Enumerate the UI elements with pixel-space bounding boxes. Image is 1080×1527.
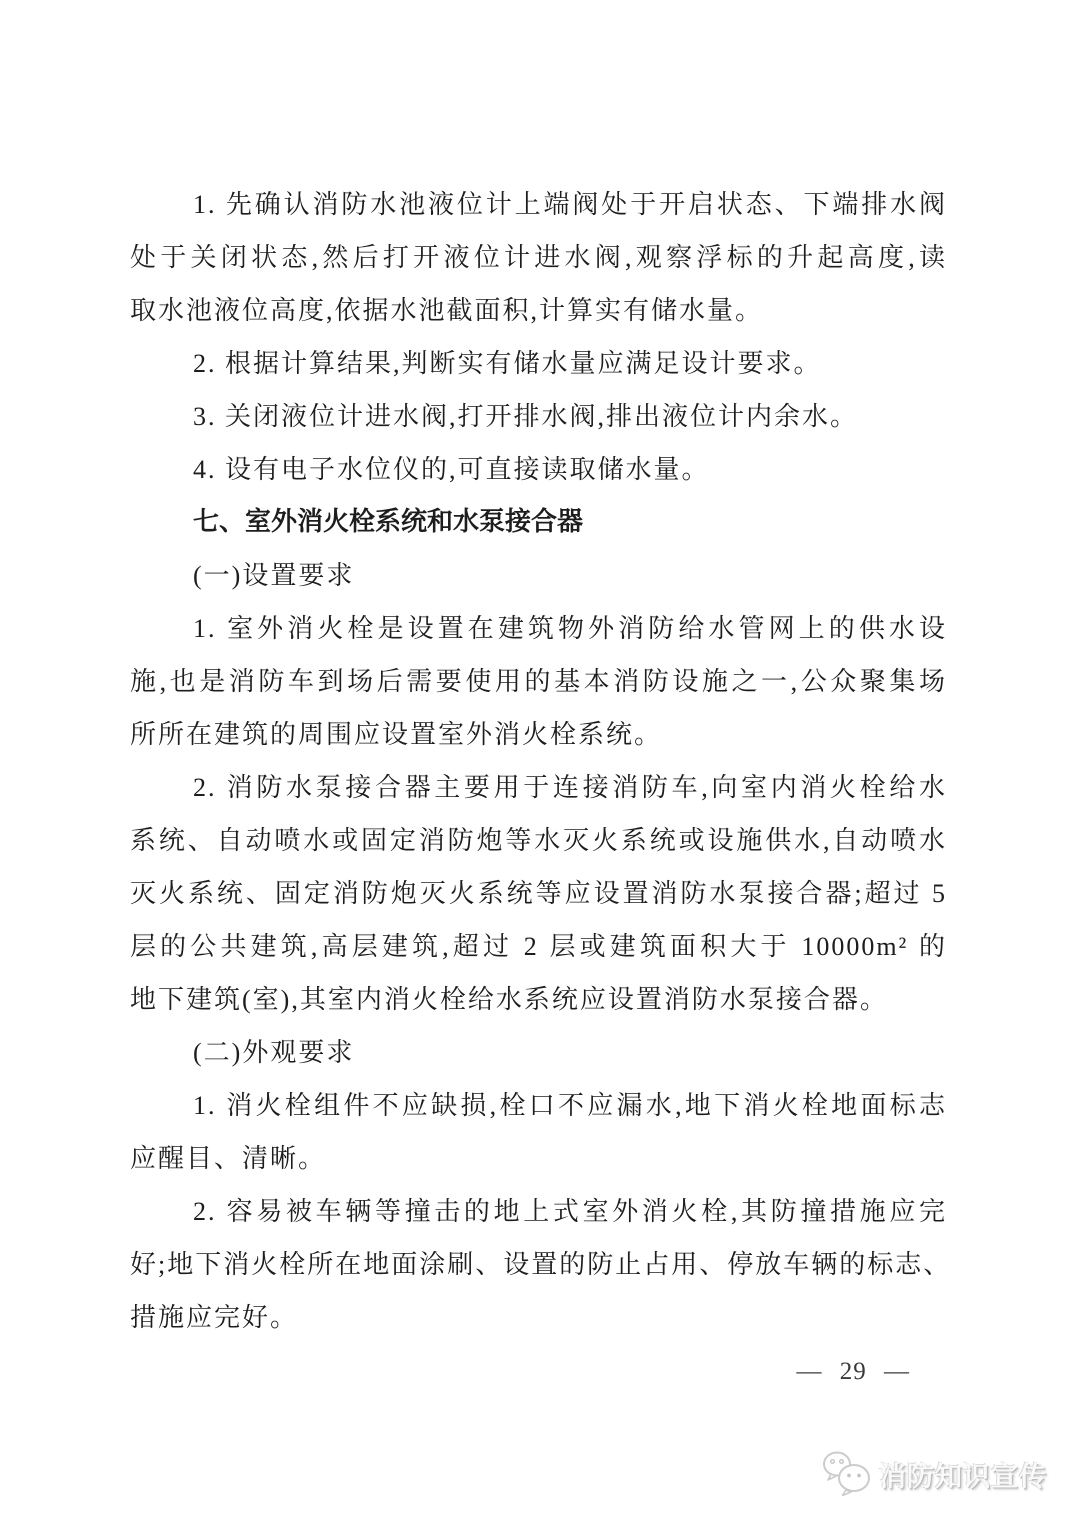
text-line: 层的公共建筑,高层建筑,超过 2 层或建筑面积大于 10000m² 的 [130, 920, 947, 973]
page-number: — 29 — [797, 1352, 911, 1392]
watermark-text: 消防知识宣传 [879, 1455, 1047, 1494]
text-line: 2. 消防水泵接合器主要用于连接消防车,向室内消火栓给水 [130, 761, 947, 814]
watermark: 消防知识宣传 [822, 1450, 1047, 1498]
section-heading: 七、室外消火栓系统和水泵接合器 [130, 496, 947, 549]
text-line: 施,也是消防车到场后需要使用的基本消防设施之一,公众聚集场 [130, 655, 947, 708]
text-line: 应醒目、清晰。 [130, 1132, 947, 1185]
text-line: 灭火系统、固定消防炮灭火系统等应设置消防水泵接合器;超过 5 [130, 867, 947, 920]
wechat-bubbles-icon [822, 1450, 872, 1498]
text-line: 系统、自动喷水或固定消防炮等水灭火系统或设施供水,自动喷水 [130, 814, 947, 867]
text-line: 1. 消火栓组件不应缺损,栓口不应漏水,地下消火栓地面标志 [130, 1079, 947, 1132]
subsection-heading: (一)设置要求 [130, 549, 947, 602]
text-line: 3. 关闭液位计进水阀,打开排水阀,排出液位计内余水。 [130, 390, 947, 443]
document-body: 1. 先确认消防水池液位计上端阀处于开启状态、下端排水阀处于关闭状态,然后打开液… [130, 178, 947, 1344]
text-line: 4. 设有电子水位仪的,可直接读取储水量。 [130, 443, 947, 496]
subsection-heading: (二)外观要求 [130, 1026, 947, 1079]
text-line: 1. 室外消火栓是设置在建筑物外消防给水管网上的供水设 [130, 602, 947, 655]
text-line: 所所在建筑的周围应设置室外消火栓系统。 [130, 708, 947, 761]
text-line: 地下建筑(室),其室内消火栓给水系统应设置消防水泵接合器。 [130, 973, 947, 1026]
text-line: 2. 容易被车辆等撞击的地上式室外消火栓,其防撞措施应完 [130, 1185, 947, 1238]
text-line: 1. 先确认消防水池液位计上端阀处于开启状态、下端排水阀 [130, 178, 947, 231]
text-line: 处于关闭状态,然后打开液位计进水阀,观察浮标的升起高度,读 [130, 231, 947, 284]
text-line: 2. 根据计算结果,判断实有储水量应满足设计要求。 [130, 337, 947, 390]
page: 1. 先确认消防水池液位计上端阀处于开启状态、下端排水阀处于关闭状态,然后打开液… [0, 0, 1080, 1527]
text-line: 措施应完好。 [130, 1291, 947, 1344]
text-line: 好;地下消火栓所在地面涂刷、设置的防止占用、停放车辆的标志、 [130, 1238, 947, 1291]
text-line: 取水池液位高度,依据水池截面积,计算实有储水量。 [130, 284, 947, 337]
